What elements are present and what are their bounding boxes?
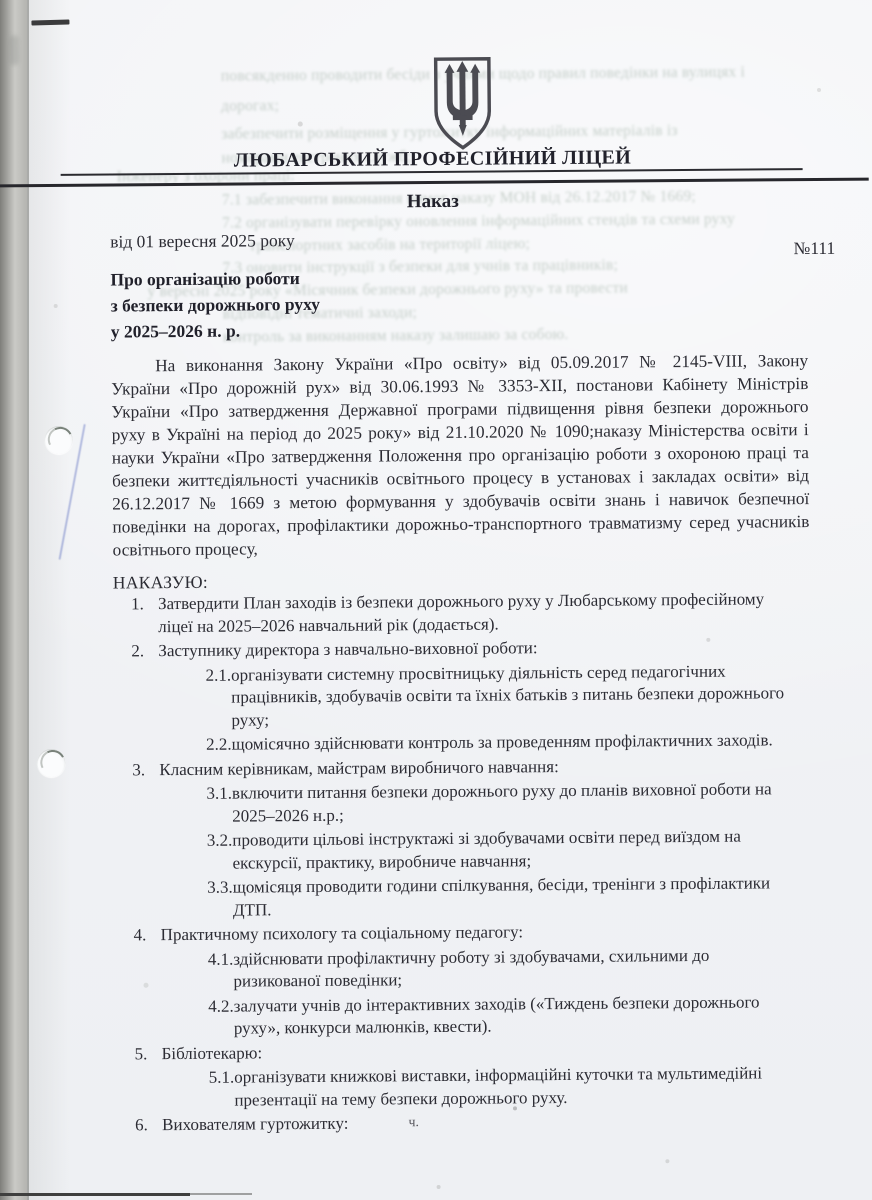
item-text: щомісячно здійснювати контроль за провед… <box>232 729 773 756</box>
item-number: 3.3. <box>207 877 233 922</box>
order-items-list: 1.Затвердити План заходів із безпеки дор… <box>113 588 817 1139</box>
margin-smudge <box>10 35 19 65</box>
item-number: 5. <box>134 1043 161 1066</box>
order-item-5-1: 5.1.організувати книжкові виставки, інфо… <box>117 1062 817 1112</box>
item-text: залучати учнів до інтерактивних заходів … <box>234 991 799 1040</box>
hole-punch-shadow <box>37 746 69 778</box>
item-number: 6. <box>135 1114 162 1137</box>
item-text: Класним керівникам, майстрам виробничого… <box>159 756 559 782</box>
bottom-scan-line-faint <box>190 1193 252 1195</box>
item-number: 1. <box>131 593 158 638</box>
subject-line: у 2025–2026 н. р. <box>111 317 320 345</box>
order-item-4-1: 4.1.здійснювати профілактичну роботу зі … <box>116 944 816 994</box>
subject-line: Про організацію роботи <box>110 265 319 293</box>
item-text: організувати книжкові виставки, інформац… <box>234 1062 799 1111</box>
tryzub-emblem-icon <box>429 56 497 156</box>
stray-mark: ч. <box>408 1112 419 1135</box>
item-number: 3. <box>132 759 159 782</box>
item-text: Заступнику директора з навчально-виховно… <box>158 637 537 662</box>
item-number: 4.2. <box>208 995 234 1040</box>
item-text: Вихователям гуртожитку: <box>162 1113 348 1137</box>
item-number: 4. <box>134 924 161 947</box>
item-text: включити питання безпеки дорожнього руху… <box>232 778 797 827</box>
order-item-2-2: 2.2.щомісячно здійснювати контроль за пр… <box>114 729 814 757</box>
order-item-2: 2.Заступнику директора з навчально-вихов… <box>113 635 813 663</box>
item-number: 2. <box>131 640 158 663</box>
item-text: Бібліотекарю: <box>161 1042 262 1065</box>
item-number: 4.1. <box>208 948 234 993</box>
ghost-text-line: дорогах; <box>221 97 279 115</box>
item-number: 3.1. <box>206 783 232 828</box>
item-number: 5.1. <box>209 1067 235 1112</box>
document-number: №111 <box>794 238 836 259</box>
hole-punch <box>45 426 73 454</box>
document-type-heading: Наказ <box>0 188 869 217</box>
item-number: 2.1. <box>205 664 231 732</box>
item-text: Затвердити План заходів із безпеки дорож… <box>158 588 778 638</box>
order-item-4-2: 4.2.залучати учнів до інтерактивних захо… <box>116 991 816 1041</box>
order-item-3-2: 3.2.проводити цільові інструктажі зі здо… <box>115 825 815 875</box>
order-item-3: 3.Класним керівникам, майстрам виробничо… <box>114 754 814 782</box>
item-text: проводити цільові інструктажі зі здобува… <box>232 825 797 874</box>
item-text: Практичному психологу та соціальному пед… <box>161 921 524 946</box>
item-number: 3.2. <box>207 830 233 875</box>
order-item-1: 1.Затвердити План заходів із безпеки дор… <box>113 588 813 638</box>
item-text: здійснювати профілактичну роботу зі здоб… <box>233 944 798 993</box>
order-item-5: 5.Бібліотекарю: <box>116 1038 816 1066</box>
document-date: від 01 вересня 2025 року <box>110 230 295 252</box>
item-text: щомісяця проводити години спілкування, б… <box>233 872 798 921</box>
order-item-3-1: 3.1.включити питання безпеки дорожнього … <box>114 778 814 828</box>
bottom-scan-line <box>0 1193 190 1196</box>
order-item-6: 6.Вихователям гуртожитку:ч. <box>117 1109 817 1137</box>
item-number: 2.2. <box>206 734 232 757</box>
scanned-document-page: повсякденно проводити бесіди з учнями що… <box>0 0 872 1200</box>
order-item-2-1: 2.1.організувати системну просвітницьку … <box>114 660 815 733</box>
order-item-4: 4.Практичному психологу та соціальному п… <box>116 919 816 947</box>
paper-content: повсякденно проводити бесіди з учнями що… <box>0 0 872 1200</box>
preamble-paragraph: На виконання Закону України «Про освіту»… <box>111 349 810 561</box>
hole-punch <box>37 749 65 777</box>
preamble-line: освітнього процесу, <box>113 533 810 561</box>
item-text: організувати системну просвітницьку діял… <box>231 660 797 732</box>
registration-dash-mark <box>31 20 69 26</box>
subject-block: Про організацію роботи з безпеки дорожнь… <box>110 265 320 345</box>
hole-punch-shadow <box>44 423 76 455</box>
subject-line: з безпеки дорожнього руху <box>111 291 320 319</box>
order-item-3-3: 3.3.щомісяця проводити години спілкуванн… <box>115 872 815 922</box>
order-word: НАКАЗУЮ: <box>113 572 208 594</box>
